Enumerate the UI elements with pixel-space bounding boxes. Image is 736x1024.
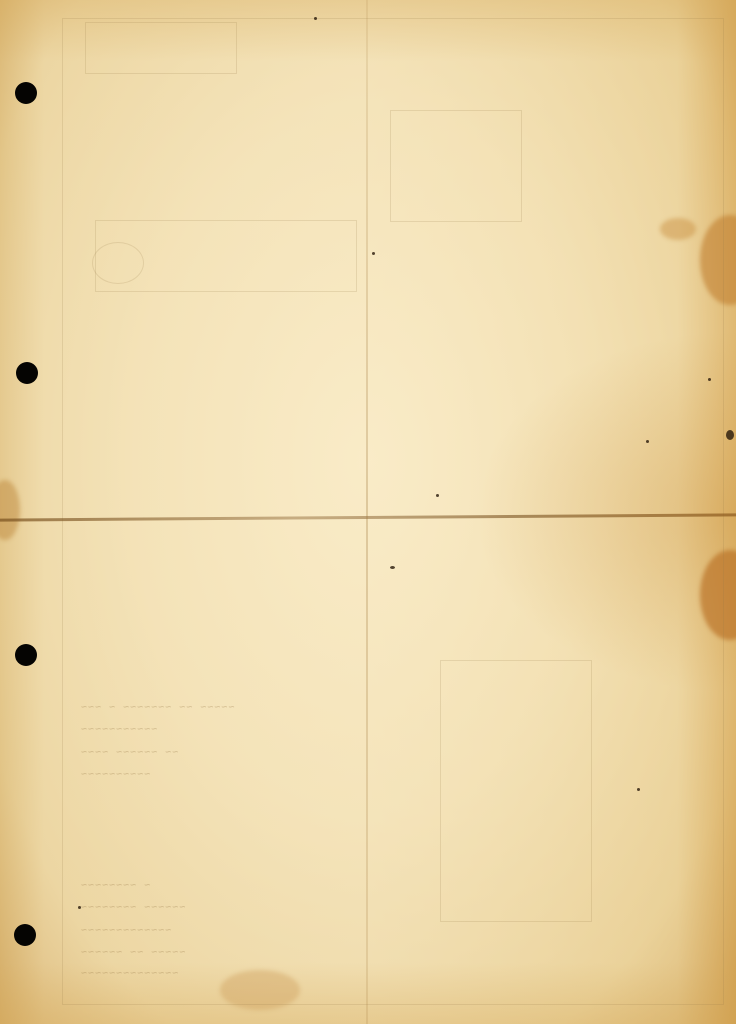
ghost-box-1 bbox=[85, 22, 237, 74]
punch-hole-1 bbox=[15, 82, 37, 104]
ghost-box-4 bbox=[440, 660, 592, 922]
ghost-text-3: ~~ ~~~~~~ ~~~~ bbox=[80, 747, 178, 758]
speck bbox=[726, 430, 734, 440]
speck bbox=[78, 906, 81, 909]
punch-hole-4 bbox=[14, 924, 36, 946]
ghost-circle bbox=[92, 242, 144, 284]
ghost-text-2: ~~~~~~~~~~~ bbox=[80, 724, 157, 735]
speck bbox=[314, 17, 317, 20]
ghost-text-8: ~~~~~ ~~ ~~~~~~ bbox=[80, 947, 185, 958]
punch-hole-3 bbox=[15, 644, 37, 666]
ghost-text-7: ~~~~~~~~~~~~~ bbox=[80, 925, 171, 936]
ghost-text-6: ~~~~~~ ~~~~~~~~ bbox=[80, 902, 185, 913]
speck bbox=[708, 378, 711, 381]
ghost-text-1: ~~~~~ ~~ ~~~~~~~ ~ ~~~ bbox=[80, 702, 234, 713]
speck bbox=[646, 440, 649, 443]
aged-paper-sheet: ~~~~~ ~~ ~~~~~~~ ~ ~~~ ~~~~~~~~~~~ ~~ ~~… bbox=[0, 0, 736, 1024]
speck bbox=[436, 494, 439, 497]
ghost-text-4: ~~~~~~~~~~ bbox=[80, 769, 150, 780]
speck bbox=[637, 788, 640, 791]
ghost-text-5: ~ ~~~~~~~~ bbox=[80, 880, 150, 891]
punch-hole-2 bbox=[16, 362, 38, 384]
speck bbox=[390, 566, 395, 569]
ghost-box-3 bbox=[390, 110, 522, 222]
vertical-fold-crease bbox=[366, 0, 368, 1024]
ghost-text-9: ~~~~~~~~~~~~~~ bbox=[80, 968, 178, 979]
speck bbox=[372, 252, 375, 255]
